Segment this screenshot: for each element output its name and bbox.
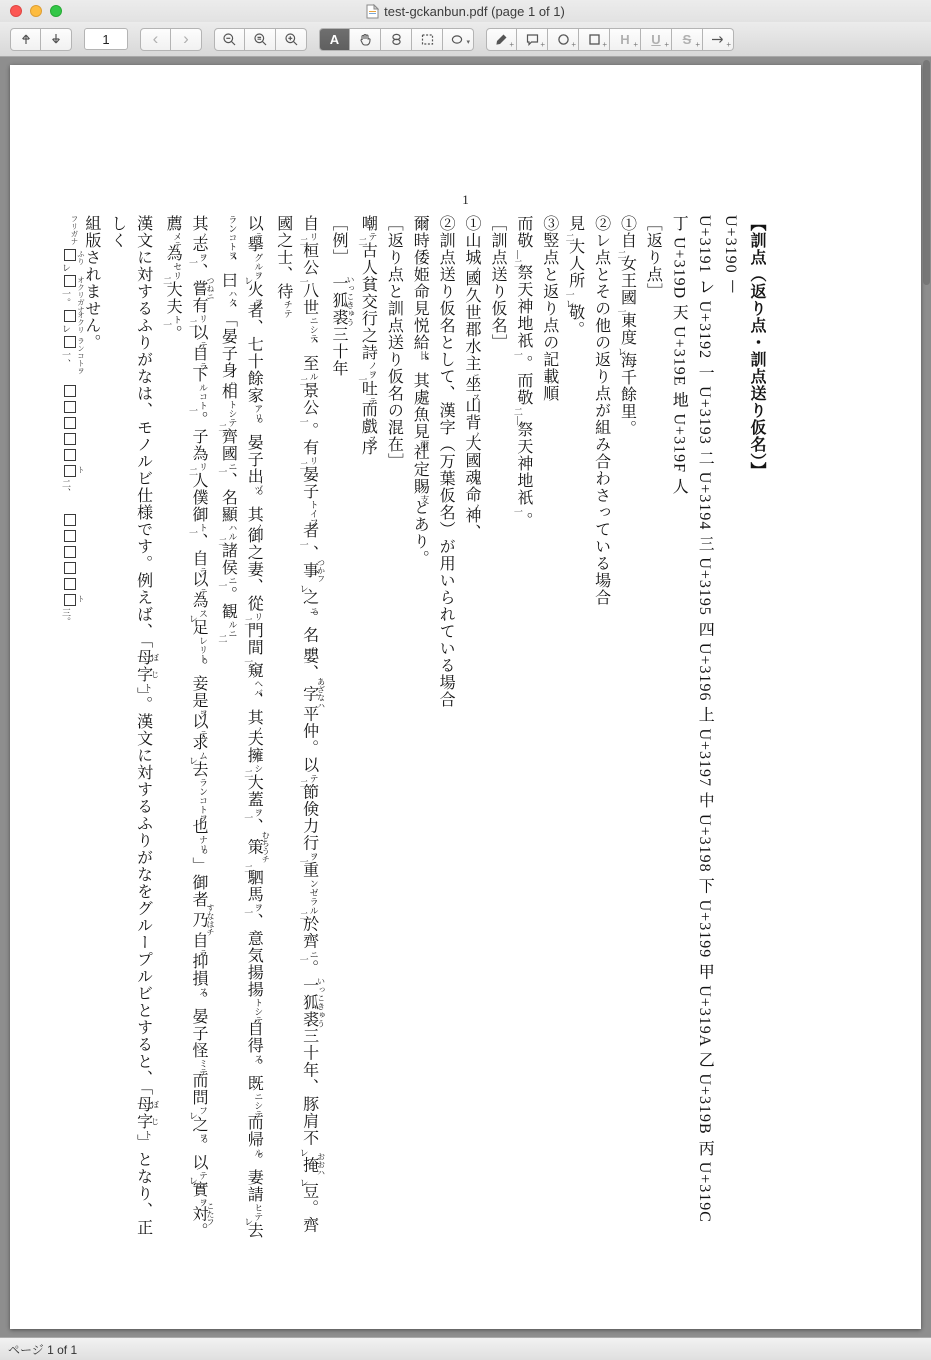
- magnify-tool-button[interactable]: [381, 28, 412, 51]
- pen-icon: [494, 32, 509, 47]
- magnifier-plus-icon: [284, 32, 299, 47]
- plus-icon: +: [726, 41, 731, 49]
- hand-icon: [358, 32, 373, 47]
- chevron-down-icon: ▾: [466, 39, 470, 46]
- text-column: U+3191 ㆑ U+3192 ㆒ U+3193 ㆓ U+3194 ㆔ U+31…: [691, 215, 717, 1250]
- toolbar: ‹ › A ▾ +: [0, 22, 931, 57]
- magnifier-minus-icon: [222, 32, 237, 47]
- plus-icon: +: [540, 41, 545, 49]
- character-placeholder-box: [64, 562, 76, 574]
- zoom-button[interactable]: [50, 5, 62, 17]
- note-tool-button[interactable]: ▾: [443, 28, 474, 51]
- character-placeholder-box: ト: [64, 594, 76, 606]
- app-window: { "colors": { "content_bg": "#8e8e8e", "…: [0, 0, 931, 1360]
- tool-mode-group: A ▾: [319, 28, 474, 51]
- traffic-lights: [10, 5, 62, 17]
- plus-icon: +: [633, 41, 638, 49]
- add-line-note-button[interactable]: +: [703, 28, 734, 51]
- underline-label: U: [651, 32, 660, 47]
- character-placeholder-box: [64, 401, 76, 413]
- note-bubble-icon: [525, 32, 540, 47]
- back-chevron-icon: ‹: [153, 29, 159, 49]
- titlebar: test-gckanbun.pdf (page 1 of 1): [0, 0, 931, 22]
- kunten-layout-schematic: フリガナふりレオクリガナ一。オクリレランコトヲ一、ト二、ト三。: [62, 215, 78, 1250]
- add-circle-note-button[interactable]: +: [548, 28, 579, 51]
- next-page-button[interactable]: [41, 28, 72, 51]
- strikeout-label: S: [683, 32, 692, 47]
- text-column: ㆜ U+319D ㆝ U+319E ㆞ U+319F ㆟: [665, 215, 691, 1250]
- statusbar: ページ 1 of 1: [0, 1337, 931, 1360]
- character-placeholder-box: [64, 546, 76, 558]
- page-status-label: ページ 1 of 1: [8, 1341, 77, 1358]
- page-number-field[interactable]: [84, 28, 128, 50]
- text-column: ②訓点送り仮名として、漢字（万葉仮名）が用いられている場合: [432, 215, 458, 1250]
- text-column: 以テ擧グルヲレ火ヲ者、七十餘家アリ。晏子出ヅ。其ノ御之妻、從リ二門間一窺ヘバ、其…: [214, 215, 269, 1250]
- character-placeholder-box: [64, 530, 76, 542]
- text-column: ［例］ 一狐裘いっこきゅう三十年: [325, 215, 354, 1250]
- previous-page-button[interactable]: [10, 28, 41, 51]
- oval-icon: [450, 32, 466, 47]
- text-column: ③竪点と返り点の記載順: [536, 215, 562, 1250]
- character-placeholder-box: [64, 449, 76, 461]
- character-placeholder-box: [64, 578, 76, 590]
- square-icon: [587, 32, 602, 47]
- zoom-group: [214, 28, 307, 51]
- add-strikeout-note-button[interactable]: S +: [672, 28, 703, 51]
- go-forward-button[interactable]: ›: [171, 28, 202, 51]
- text-column: 其ノ志ヲ一、嘗つねニ有リ二以テ自ラ下ルコト一。子為リ二人僕御ト一、自ラ以テ為スレ…: [159, 215, 214, 1250]
- text-column: ①自二女王國一東度レ海千餘里。: [614, 215, 640, 1250]
- up-arrow-icon: [19, 32, 33, 46]
- character-placeholder-box: ト: [64, 465, 76, 477]
- text-column: 而敬—二祭天神地祇一。而敬二—祭天神地祇一。: [510, 215, 536, 1250]
- text-column: ［返り点と訓点送り仮名の混在］: [380, 215, 406, 1250]
- character-placeholder-box: オクリ: [64, 310, 76, 322]
- go-back-button[interactable]: ‹: [140, 28, 171, 51]
- text-column: U+3190 ㆐: [717, 215, 743, 1250]
- history-group: ‹ ›: [140, 28, 202, 51]
- pdf-document-icon: [366, 4, 379, 19]
- plus-icon: +: [602, 41, 607, 49]
- down-arrow-icon: [49, 32, 63, 46]
- window-title: test-gckanbun.pdf (page 1 of 1): [384, 4, 565, 19]
- text-column: ①山城ノ國久世郡水主ニ坐ス山背ノ大國魂命ノ神、: [458, 215, 484, 1250]
- text-tool-button[interactable]: A: [319, 28, 350, 51]
- character-placeholder-box: [64, 433, 76, 445]
- add-highlight-note-button[interactable]: H +: [610, 28, 641, 51]
- text-column: 爾時倭姫命見悦給比、其處魚見爾社定賜支とあり。: [406, 215, 432, 1250]
- dashed-selection-icon: [420, 32, 435, 47]
- arrow-right-icon: [710, 32, 726, 47]
- text-column: ［返り点］: [639, 215, 665, 1250]
- page-nav-group: [10, 28, 72, 51]
- text-column: ②レ点とその他の返り点が組み合わさっている場合: [588, 215, 614, 1250]
- text-column: 自リ二桓公一八世ニシテ、至ル二景公一。有リ二晏子トイフ者一、事つかフレ之ニ。名ハ…: [270, 215, 325, 1250]
- character-placeholder-box: ふり: [64, 249, 76, 261]
- character-placeholder-box: ランコトヲ: [64, 336, 76, 348]
- plus-icon: +: [695, 41, 700, 49]
- vertical-scrollbar-thumb[interactable]: [923, 60, 930, 285]
- text-column: 【訓点（返り点・訓点送り仮名）】: [743, 215, 769, 1250]
- select-tool-button[interactable]: [412, 28, 443, 51]
- zoom-out-button[interactable]: [214, 28, 245, 51]
- text-column: 漢文に対するふりがなは、モノルビ仕様です。例えば、「母字ぼじト」。漢文に対するふ…: [104, 215, 159, 1250]
- pdf-page: 1 【訓点（返り点・訓点送り仮名）】U+3190 ㆐U+3191 ㆑ U+319…: [10, 65, 921, 1329]
- plus-icon: +: [664, 41, 669, 49]
- zoom-in-button[interactable]: [276, 28, 307, 51]
- loupe-icon: [389, 32, 404, 47]
- text-column: ［訓点送り仮名］: [484, 215, 510, 1250]
- forward-chevron-icon: ›: [183, 29, 189, 49]
- highlight-label: H: [620, 32, 629, 47]
- zoom-actual-size-button[interactable]: [245, 28, 276, 51]
- annotation-group: + + + + H + U + S + +: [486, 28, 734, 51]
- plus-icon: +: [571, 41, 576, 49]
- add-box-note-button[interactable]: +: [579, 28, 610, 51]
- circle-icon: [556, 32, 571, 47]
- add-anchored-note-button[interactable]: +: [517, 28, 548, 51]
- magnifier-equals-icon: [253, 32, 268, 47]
- minimize-button[interactable]: [30, 5, 42, 17]
- document-text: 【訓点（返り点・訓点送り仮名）】U+3190 ㆐U+3191 ㆑ U+3192 …: [62, 215, 769, 1250]
- pdf-view-area[interactable]: 1 【訓点（返り点・訓点送り仮名）】U+3190 ㆐U+3191 ㆑ U+319…: [0, 57, 931, 1337]
- text-column: 見二大人所一レ敬。: [562, 215, 588, 1250]
- add-freehand-note-button[interactable]: +: [486, 28, 517, 51]
- add-underline-note-button[interactable]: U +: [641, 28, 672, 51]
- character-placeholder-box: [64, 417, 76, 429]
- character-placeholder-box: [64, 514, 76, 526]
- close-button[interactable]: [10, 5, 22, 17]
- page-number-label: 1: [10, 192, 921, 208]
- text-column: 嘲テ二古人貧交行之詩ノヲ一吐テ而戲ス序: [355, 215, 381, 1250]
- character-placeholder-box: オクリガナ: [64, 275, 76, 287]
- character-placeholder-box: [64, 385, 76, 397]
- text-tool-label: A: [330, 32, 339, 47]
- scroll-tool-button[interactable]: [350, 28, 381, 51]
- plus-icon: +: [509, 41, 514, 49]
